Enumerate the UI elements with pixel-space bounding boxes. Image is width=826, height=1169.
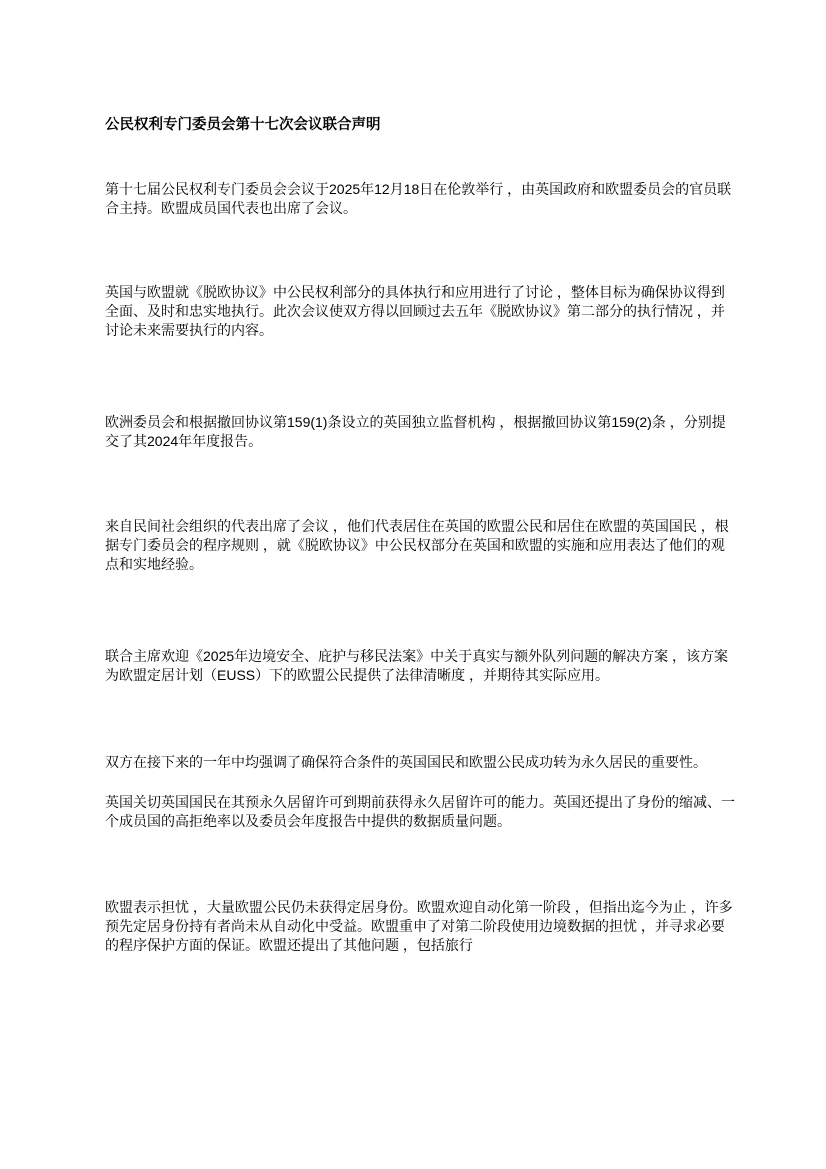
document-content: 公民权利专门委员会第十七次会议联合声明 第十七届公民权利专门委员会会议于2025… [105,116,737,955]
paragraph-settled-status-importance: 双方在接下来的一年中均强调了确保符合条件的英国国民和欧盟公民成功转为永久居民的重… [105,753,737,772]
paragraph-uk-concerns: 英国关切英国国民在其预永久居留许可到期前获得永久居留许可的能力。英国还提出了身份… [105,793,737,831]
paragraph-eu-concerns: 欧盟表示担忧 ，大量欧盟公民仍未获得定居身份。欧盟欢迎自动化第一阶段 ，但指出迄… [105,898,737,955]
document-title: 公民权利专门委员会第十七次会议联合声明 [105,116,737,135]
paragraph-discussion-goal: 英国与欧盟就《脱欧协议》中公民权利部分的具体执行和应用进行了讨论 ，整体目标为确… [105,283,737,340]
paragraph-civil-society: 来自民间社会组织的代表出席了会议 ，他们代表居住在英国的欧盟公民和居住在欧盟的英… [105,517,737,574]
paragraph-meeting-intro: 第十七届公民权利专门委员会会议于2025年12月18日在伦敦举行 ，由英国政府和… [105,180,737,218]
paragraph-border-bill: 联合主席欢迎《2025年边境安全、庇护与移民法案》中关于真实与额外队列问题的解决… [105,647,737,685]
paragraph-annual-reports: 欧洲委员会和根据撤回协议第159(1)条设立的英国独立监督机构 ，根据撤回协议第… [105,413,737,451]
document-page: 公民权利专门委员会第十七次会议联合声明 第十七届公民权利专门委员会会议于2025… [0,0,826,1169]
